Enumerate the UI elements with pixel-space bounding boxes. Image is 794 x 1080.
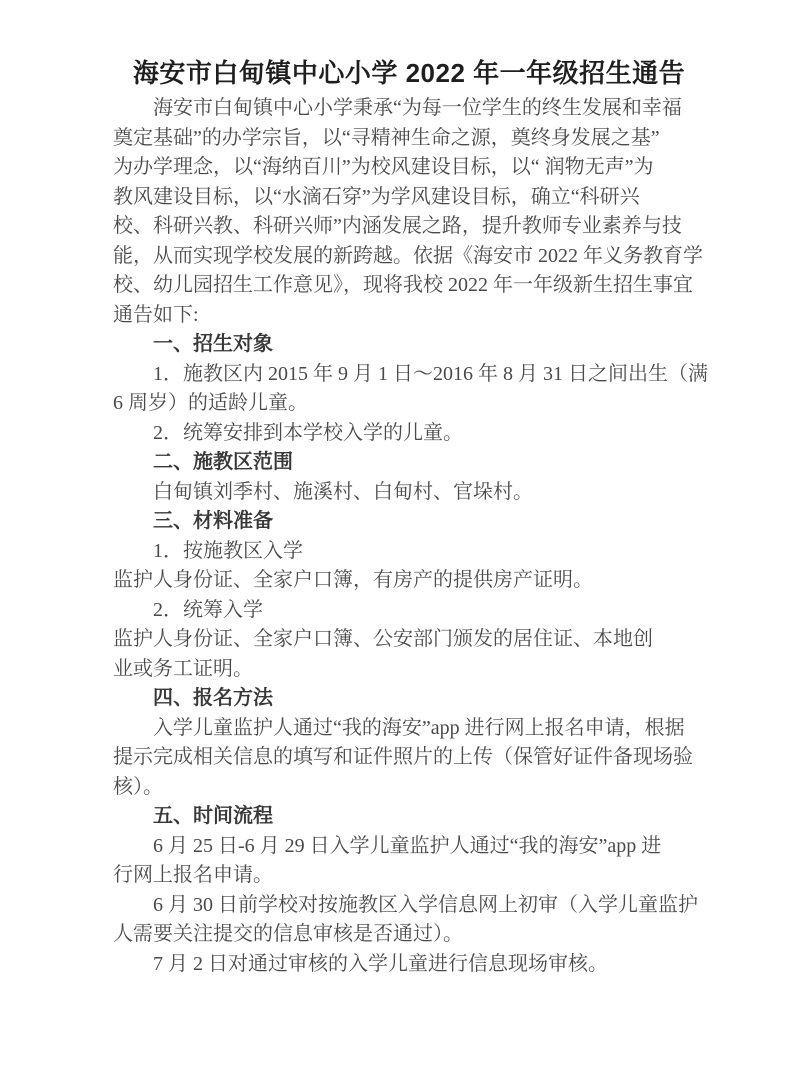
- document-line: 人需要关注提交的信息审核是否通过）。: [113, 920, 713, 950]
- document-line: 监护人身份证、全家户口簿，有房产的提供房产证明。: [113, 566, 713, 596]
- section-heading: 五、时间流程: [113, 802, 713, 832]
- document-line: 1．按施教区入学: [113, 537, 713, 567]
- document-line: 7 月 2 日对通过审核的入学儿童进行信息现场审核。: [113, 950, 713, 980]
- document-line: 6 月 30 日前学校对按施教区入学信息网上初审（入学儿童监护: [113, 891, 713, 921]
- document-line: 奠定基础”的办学宗旨，以“寻精神生命之源，奠终身发展之基”: [113, 124, 713, 154]
- document-line: 监护人身份证、全家户口簿、公安部门颁发的居住证、本地创: [113, 625, 713, 655]
- document-line: 1．施教区内 2015 年 9 月 1 日～2016 年 8 月 31 日之间出…: [113, 360, 713, 390]
- document-line: 业或务工证明。: [113, 655, 713, 685]
- document-line: 通告如下:: [113, 301, 713, 331]
- document-line: 6 周岁）的适龄儿童。: [113, 389, 713, 419]
- document-page: 海安市白甸镇中心小学 2022 年一年级招生通告 海安市白甸镇中心小学秉承“为每…: [0, 0, 794, 1080]
- document-line: 核）。: [113, 773, 713, 803]
- section-heading: 一、招生对象: [113, 330, 713, 360]
- section-heading: 二、施教区范围: [113, 448, 713, 478]
- section-heading: 三、材料准备: [113, 507, 713, 537]
- document-line: 为办学理念，以“海纳百川”为校风建设目标，以“ 润物无声”为: [113, 153, 713, 183]
- document-line: 提示完成相关信息的填写和证件照片的上传（保管好证件备现场验: [113, 743, 713, 773]
- document-title: 海安市白甸镇中心小学 2022 年一年级招生通告: [101, 55, 717, 91]
- document-line: 2．统筹入学: [113, 596, 713, 626]
- document-line: 白甸镇刘季村、施溪村、白甸村、官垛村。: [113, 478, 713, 508]
- document-line: 2．统筹安排到本学校入学的儿童。: [113, 419, 713, 449]
- document-body: 海安市白甸镇中心小学秉承“为每一位学生的终生发展和幸福奠定基础”的办学宗旨，以“…: [113, 94, 713, 979]
- section-heading: 四、报名方法: [113, 684, 713, 714]
- document-line: 校、科研兴教、科研兴师”内涵发展之路，提升教师专业素养与技: [113, 212, 713, 242]
- document-line: 海安市白甸镇中心小学秉承“为每一位学生的终生发展和幸福: [113, 94, 713, 124]
- document-line: 校、幼儿园招生工作意见》，现将我校 2022 年一年级新生招生事宜: [113, 271, 713, 301]
- document-line: 行网上报名申请。: [113, 861, 713, 891]
- document-line: 教风建设目标，以“水滴石穿”为学风建设目标，确立“科研兴: [113, 183, 713, 213]
- document-line: 入学儿童监护人通过“我的海安”app 进行网上报名申请，根据: [113, 714, 713, 744]
- document-line: 6 月 25 日-6 月 29 日入学儿童监护人通过“我的海安”app 进: [113, 832, 713, 862]
- document-line: 能，从而实现学校发展的新跨越。依据《海安市 2022 年义务教育学: [113, 242, 713, 272]
